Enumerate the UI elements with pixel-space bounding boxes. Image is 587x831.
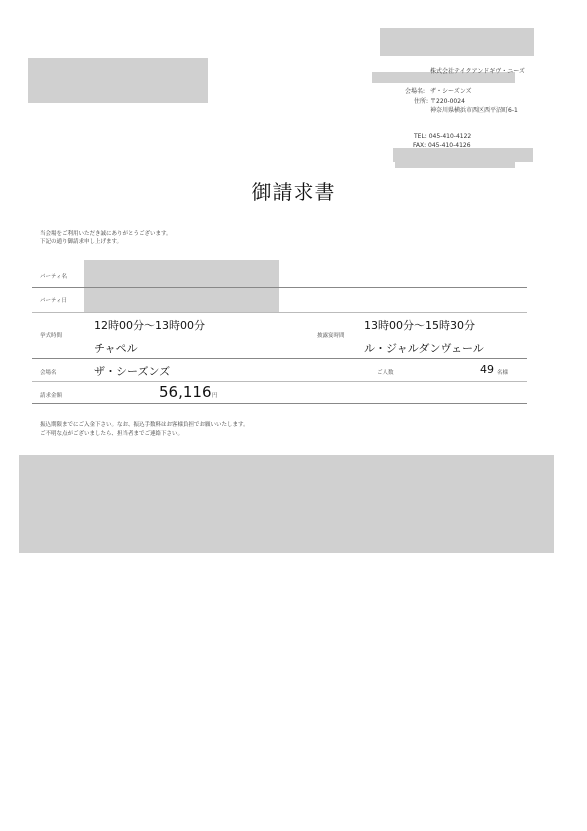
venue-value: ザ・シーズンズ <box>94 363 170 379</box>
issuer-fax: FAX: 045-410-4126 <box>413 142 471 149</box>
redacted-staff-line-2 <box>395 160 515 168</box>
issuer-company: 株式会社テイクアンドギヴ・ニーズ <box>430 66 525 75</box>
issuer-tel: TEL: 045-410-4122 <box>414 133 471 140</box>
reception-time-label: 披露宴時間 <box>317 331 345 339</box>
divider <box>32 403 527 404</box>
issuer-venue-label: 会場名: <box>405 86 425 95</box>
ceremony-place: チャペル <box>94 340 138 356</box>
redacted-recipient <box>28 58 208 103</box>
divider <box>32 312 527 313</box>
divider <box>32 381 527 382</box>
reception-place: ル・ジャルダンヴェール <box>364 340 484 356</box>
greeting-line-2: 下記の通り御請求申し上げます。 <box>40 237 122 245</box>
issuer-address-label: 住所: <box>414 96 428 105</box>
guests-label: ご人数 <box>377 368 394 376</box>
reception-time: 13時00分～15時30分 <box>364 317 475 333</box>
amount-label: 請求金額 <box>40 391 62 399</box>
note-line-1: 振込期限までにご入金下さい。なお、振込手数料はお客様負担でお願いいたします。 <box>40 420 249 428</box>
amount-unit: 円 <box>212 391 218 399</box>
issuer-address: 神奈川県横浜市西区西平沼町6-1 <box>430 105 518 114</box>
redacted-party-info <box>84 260 279 312</box>
redacted-footer-block <box>19 455 554 553</box>
party-name-label: パーティ名 <box>40 272 67 280</box>
ceremony-time-label: 挙式時間 <box>40 331 62 339</box>
divider <box>32 287 527 288</box>
party-date-label: パーティ日 <box>40 296 67 304</box>
document-title: 御請求書 <box>0 176 587 205</box>
redacted-logo <box>380 28 534 56</box>
divider <box>32 358 527 359</box>
issuer-postal: 〒220-0024 <box>430 96 465 105</box>
guests-unit: 名様 <box>497 368 508 376</box>
venue-label: 会場名 <box>40 368 57 376</box>
ceremony-time: 12時00分～13時00分 <box>94 317 205 333</box>
note-line-2: ご不明な点がございましたら、担当者までご連絡下さい。 <box>40 429 183 437</box>
issuer-venue: ザ・シーズンズ <box>430 86 472 95</box>
greeting-line-1: 当会場をご利用いただき誠にありがとうございます。 <box>40 229 172 237</box>
invoice-amount: 56,116 <box>159 383 212 401</box>
guests-value: 49 <box>480 363 494 376</box>
